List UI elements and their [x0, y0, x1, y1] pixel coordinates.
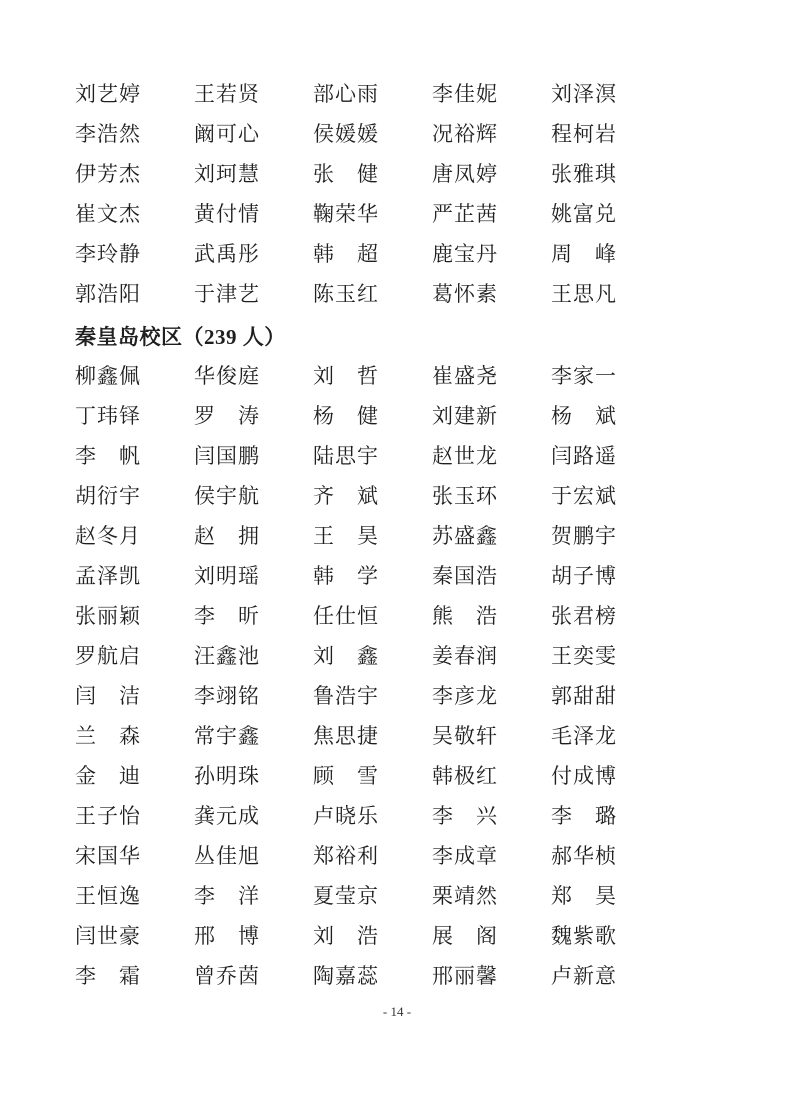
name-cell: 贺鹏宇 [551, 526, 670, 548]
name-cell: 陈玉红 [313, 284, 432, 306]
name-cell: 韩极红 [432, 766, 551, 788]
name-cell: 罗航启 [75, 646, 194, 668]
person-name: 伊芳杰 [75, 164, 140, 185]
name-row: 闫洁李翊铭鲁浩宇李彦龙郭甜甜 [75, 677, 794, 717]
name-cell: 周峰 [551, 244, 670, 266]
person-name: 付成博 [551, 766, 616, 787]
document-page: 刘艺婷王若贤部心雨李佳妮刘泽溟李浩然阚可心侯媛媛况裕辉程柯岩伊芳杰刘珂慧张健唐凤… [0, 0, 794, 1093]
name-cell: 姚富兑 [551, 204, 670, 226]
name-cell: 李昕 [194, 606, 313, 628]
person-name: 崔文杰 [75, 204, 140, 225]
name-cell: 栗靖然 [432, 886, 551, 908]
name-row: 金迪孙明珠顾雪韩极红付成博 [75, 757, 794, 797]
person-name: 展阁 [432, 926, 497, 947]
name-cell: 张健 [313, 164, 432, 186]
name-cell: 孟泽凯 [75, 566, 194, 588]
person-name: 李玲静 [75, 244, 140, 265]
person-name: 李翊铭 [194, 686, 259, 707]
name-cell: 闫国鹏 [194, 446, 313, 468]
name-cell: 张雅琪 [551, 164, 670, 186]
person-name: 张健 [313, 164, 378, 185]
person-name: 张丽颖 [75, 606, 140, 627]
person-name: 魏紫歌 [551, 926, 616, 947]
name-cell: 邢丽馨 [432, 966, 551, 988]
name-cell: 严芷茜 [432, 204, 551, 226]
person-name: 刘珂慧 [194, 164, 259, 185]
person-name: 刘艺婷 [75, 84, 140, 105]
name-row: 刘艺婷王若贤部心雨李佳妮刘泽溟 [75, 75, 794, 115]
person-name: 于宏斌 [551, 486, 616, 507]
person-name: 罗涛 [194, 406, 259, 427]
person-name: 侯宇航 [194, 486, 259, 507]
person-name: 赵拥 [194, 526, 259, 547]
person-name: 张君榜 [551, 606, 616, 627]
name-cell: 闫世豪 [75, 926, 194, 948]
name-cell: 刘鑫 [313, 646, 432, 668]
name-cell: 曾乔茵 [194, 966, 313, 988]
person-name: 汪鑫池 [194, 646, 259, 667]
person-name: 姜春润 [432, 646, 497, 667]
name-cell: 常宇鑫 [194, 726, 313, 748]
person-name: 毛泽龙 [551, 726, 616, 747]
name-cell: 王思凡 [551, 284, 670, 306]
person-name: 闫国鹏 [194, 446, 259, 467]
name-cell: 陶嘉蕊 [313, 966, 432, 988]
person-name: 曾乔茵 [194, 966, 259, 987]
name-cell: 吴敬轩 [432, 726, 551, 748]
person-name: 况裕辉 [432, 124, 497, 145]
person-name: 吴敬轩 [432, 726, 497, 747]
person-name: 王若贤 [194, 84, 259, 105]
name-cell: 孙明珠 [194, 766, 313, 788]
name-row: 李玲静武禹彤韩超鹿宝丹周峰 [75, 235, 794, 275]
name-cell: 兰森 [75, 726, 194, 748]
person-name: 熊浩 [432, 606, 497, 627]
name-cell: 刘泽溟 [551, 84, 670, 106]
name-row: 李霜曾乔茵陶嘉蕊邢丽馨卢新意 [75, 957, 794, 997]
name-cell: 部心雨 [313, 84, 432, 106]
person-name: 崔盛尧 [432, 366, 497, 387]
name-cell: 崔盛尧 [432, 366, 551, 388]
name-cell: 刘明瑶 [194, 566, 313, 588]
person-name: 常宇鑫 [194, 726, 259, 747]
name-cell: 李帆 [75, 446, 194, 468]
person-name: 贺鹏宇 [551, 526, 616, 547]
name-cell: 赵拥 [194, 526, 313, 548]
person-name: 李帆 [75, 446, 140, 467]
person-name: 王奕雯 [551, 646, 616, 667]
person-name: 李成章 [432, 846, 497, 867]
section-heading: 秦皇岛校区（239 人） [75, 315, 794, 357]
name-cell: 胡衍宇 [75, 486, 194, 508]
name-cell: 顾雪 [313, 766, 432, 788]
person-name: 夏莹京 [313, 886, 378, 907]
person-name: 刘明瑶 [194, 566, 259, 587]
name-cell: 熊浩 [432, 606, 551, 628]
person-name: 杨斌 [551, 406, 616, 427]
name-cell: 丁玮铎 [75, 406, 194, 428]
name-cell: 任仕恒 [313, 606, 432, 628]
name-cell: 李家一 [551, 366, 670, 388]
person-name: 李佳妮 [432, 84, 497, 105]
name-cell: 伊芳杰 [75, 164, 194, 186]
person-name: 李洋 [194, 886, 259, 907]
person-name: 鲁浩宇 [313, 686, 378, 707]
person-name: 闫洁 [75, 686, 140, 707]
person-name: 任仕恒 [313, 606, 378, 627]
name-cell: 于津艺 [194, 284, 313, 306]
name-cell: 韩超 [313, 244, 432, 266]
name-row: 柳鑫佩华俊庭刘哲崔盛尧李家一 [75, 357, 794, 397]
name-cell: 姜春润 [432, 646, 551, 668]
name-cell: 王奕雯 [551, 646, 670, 668]
name-cell: 陆思宇 [313, 446, 432, 468]
person-name: 龚元成 [194, 806, 259, 827]
person-name: 杨健 [313, 406, 378, 427]
name-cell: 魏紫歌 [551, 926, 670, 948]
name-cell: 鹿宝丹 [432, 244, 551, 266]
name-row: 李浩然阚可心侯媛媛况裕辉程柯岩 [75, 115, 794, 155]
name-row: 孟泽凯刘明瑶韩学秦国浩胡子博 [75, 557, 794, 597]
name-cell: 苏盛鑫 [432, 526, 551, 548]
name-cell: 丛佳旭 [194, 846, 313, 868]
person-name: 邢丽馨 [432, 966, 497, 987]
name-cell: 金迪 [75, 766, 194, 788]
name-cell: 李霜 [75, 966, 194, 988]
name-row: 宋国华丛佳旭郑裕利李成章郝华桢 [75, 837, 794, 877]
name-cell: 杨斌 [551, 406, 670, 428]
person-name: 柳鑫佩 [75, 366, 140, 387]
name-cell: 韩学 [313, 566, 432, 588]
name-cell: 闫洁 [75, 686, 194, 708]
person-name: 李璐 [551, 806, 616, 827]
person-name: 王子怡 [75, 806, 140, 827]
person-name: 栗靖然 [432, 886, 497, 907]
name-row: 丁玮铎罗涛杨健刘建新杨斌 [75, 397, 794, 437]
person-name: 部心雨 [313, 84, 378, 105]
name-cell: 龚元成 [194, 806, 313, 828]
name-cell: 武禹彤 [194, 244, 313, 266]
name-cell: 张丽颖 [75, 606, 194, 628]
name-cell: 李玲静 [75, 244, 194, 266]
person-name: 陈玉红 [313, 284, 378, 305]
person-name: 刘泽溟 [551, 84, 616, 105]
name-row: 张丽颖李昕任仕恒熊浩张君榜 [75, 597, 794, 637]
name-cell: 李翊铭 [194, 686, 313, 708]
person-name: 卢新意 [551, 966, 616, 987]
name-cell: 葛怀素 [432, 284, 551, 306]
name-row: 兰森常宇鑫焦思捷吴敬轩毛泽龙 [75, 717, 794, 757]
person-name: 鞠荣华 [313, 204, 378, 225]
person-name: 罗航启 [75, 646, 140, 667]
name-cell: 李洋 [194, 886, 313, 908]
person-name: 姚富兑 [551, 204, 616, 225]
name-cell: 付成博 [551, 766, 670, 788]
name-cell: 宋国华 [75, 846, 194, 868]
person-name: 刘建新 [432, 406, 497, 427]
person-name: 李兴 [432, 806, 497, 827]
name-cell: 阚可心 [194, 124, 313, 146]
person-name: 李浩然 [75, 124, 140, 145]
person-name: 陶嘉蕊 [313, 966, 378, 987]
person-name: 秦国浩 [432, 566, 497, 587]
person-name: 侯媛媛 [313, 124, 378, 145]
person-name: 华俊庭 [194, 366, 259, 387]
name-cell: 郑昊 [551, 886, 670, 908]
name-cell: 郝华桢 [551, 846, 670, 868]
name-cell: 程柯岩 [551, 124, 670, 146]
name-cell: 胡子博 [551, 566, 670, 588]
name-row: 王恒逸李洋夏莹京栗靖然郑昊 [75, 877, 794, 917]
person-name: 孙明珠 [194, 766, 259, 787]
name-cell: 鲁浩宇 [313, 686, 432, 708]
name-cell: 唐凤婷 [432, 164, 551, 186]
name-cell: 张玉环 [432, 486, 551, 508]
person-name: 郭浩阳 [75, 284, 140, 305]
person-name: 李霜 [75, 966, 140, 987]
person-name: 葛怀素 [432, 284, 497, 305]
person-name: 韩超 [313, 244, 378, 265]
person-name: 王昊 [313, 526, 378, 547]
person-name: 刘鑫 [313, 646, 378, 667]
name-cell: 刘建新 [432, 406, 551, 428]
name-cell: 焦思捷 [313, 726, 432, 748]
person-name: 郑昊 [551, 886, 616, 907]
name-cell: 黄付情 [194, 204, 313, 226]
person-name: 卢晓乐 [313, 806, 378, 827]
name-cell: 毛泽龙 [551, 726, 670, 748]
name-cell: 王子怡 [75, 806, 194, 828]
name-cell: 李彦龙 [432, 686, 551, 708]
name-cell: 王昊 [313, 526, 432, 548]
person-name: 胡衍宇 [75, 486, 140, 507]
name-row: 崔文杰黄付情鞠荣华严芷茜姚富兑 [75, 195, 794, 235]
person-name: 顾雪 [313, 766, 378, 787]
name-cell: 汪鑫池 [194, 646, 313, 668]
name-cell: 侯媛媛 [313, 124, 432, 146]
name-row: 赵冬月赵拥王昊苏盛鑫贺鹏宇 [75, 517, 794, 557]
person-name: 刘哲 [313, 366, 378, 387]
person-name: 阚可心 [194, 124, 259, 145]
person-name: 兰森 [75, 726, 140, 747]
name-cell: 李成章 [432, 846, 551, 868]
person-name: 赵世龙 [432, 446, 497, 467]
person-name: 邢博 [194, 926, 259, 947]
person-name: 苏盛鑫 [432, 526, 497, 547]
name-cell: 华俊庭 [194, 366, 313, 388]
name-cell: 李佳妮 [432, 84, 551, 106]
person-name: 李昕 [194, 606, 259, 627]
name-cell: 张君榜 [551, 606, 670, 628]
name-cell: 夏莹京 [313, 886, 432, 908]
name-cell: 李兴 [432, 806, 551, 828]
person-name: 周峰 [551, 244, 616, 265]
name-cell: 齐斌 [313, 486, 432, 508]
person-name: 齐斌 [313, 486, 378, 507]
name-cell: 刘艺婷 [75, 84, 194, 106]
name-row: 王子怡龚元成卢晓乐李兴李璐 [75, 797, 794, 837]
person-name: 焦思捷 [313, 726, 378, 747]
person-name: 赵冬月 [75, 526, 140, 547]
name-cell: 于宏斌 [551, 486, 670, 508]
name-cell: 李浩然 [75, 124, 194, 146]
name-cell: 王恒逸 [75, 886, 194, 908]
person-name: 宋国华 [75, 846, 140, 867]
name-cell: 邢博 [194, 926, 313, 948]
name-cell: 郭甜甜 [551, 686, 670, 708]
person-name: 陆思宇 [313, 446, 378, 467]
name-cell: 柳鑫佩 [75, 366, 194, 388]
name-cell: 侯宇航 [194, 486, 313, 508]
person-name: 郑裕利 [313, 846, 378, 867]
name-cell: 郑裕利 [313, 846, 432, 868]
person-name: 武禹彤 [194, 244, 259, 265]
person-name: 闫路遥 [551, 446, 616, 467]
person-name: 王思凡 [551, 284, 616, 305]
name-cell: 王若贤 [194, 84, 313, 106]
page-number: - 14 - [0, 1004, 794, 1020]
name-cell: 李璐 [551, 806, 670, 828]
person-name: 刘浩 [313, 926, 378, 947]
name-row: 胡衍宇侯宇航齐斌张玉环于宏斌 [75, 477, 794, 517]
person-name: 闫世豪 [75, 926, 140, 947]
name-cell: 闫路遥 [551, 446, 670, 468]
person-name: 郝华桢 [551, 846, 616, 867]
name-cell: 刘哲 [313, 366, 432, 388]
name-cell: 刘浩 [313, 926, 432, 948]
person-name: 丁玮铎 [75, 406, 140, 427]
person-name: 鹿宝丹 [432, 244, 497, 265]
name-cell: 罗涛 [194, 406, 313, 428]
person-name: 黄付情 [194, 204, 259, 225]
name-cell: 赵冬月 [75, 526, 194, 548]
person-name: 张玉环 [432, 486, 497, 507]
name-list: 刘艺婷王若贤部心雨李佳妮刘泽溟李浩然阚可心侯媛媛况裕辉程柯岩伊芳杰刘珂慧张健唐凤… [75, 75, 794, 997]
person-name: 金迪 [75, 766, 140, 787]
person-name: 程柯岩 [551, 124, 616, 145]
person-name: 郭甜甜 [551, 686, 616, 707]
name-cell: 况裕辉 [432, 124, 551, 146]
name-cell: 杨健 [313, 406, 432, 428]
person-name: 韩极红 [432, 766, 497, 787]
person-name: 唐凤婷 [432, 164, 497, 185]
person-name: 张雅琪 [551, 164, 616, 185]
name-cell: 郭浩阳 [75, 284, 194, 306]
name-cell: 卢新意 [551, 966, 670, 988]
person-name: 孟泽凯 [75, 566, 140, 587]
name-cell: 秦国浩 [432, 566, 551, 588]
name-cell: 崔文杰 [75, 204, 194, 226]
name-row: 伊芳杰刘珂慧张健唐凤婷张雅琪 [75, 155, 794, 195]
name-row: 闫世豪邢博刘浩展阁魏紫歌 [75, 917, 794, 957]
name-cell: 卢晓乐 [313, 806, 432, 828]
name-row: 李帆闫国鹏陆思宇赵世龙闫路遥 [75, 437, 794, 477]
person-name: 于津艺 [194, 284, 259, 305]
person-name: 韩学 [313, 566, 378, 587]
name-cell: 鞠荣华 [313, 204, 432, 226]
person-name: 严芷茜 [432, 204, 497, 225]
name-cell: 刘珂慧 [194, 164, 313, 186]
person-name: 胡子博 [551, 566, 616, 587]
person-name: 王恒逸 [75, 886, 140, 907]
person-name: 丛佳旭 [194, 846, 259, 867]
person-name: 李家一 [551, 366, 616, 387]
name-cell: 展阁 [432, 926, 551, 948]
name-cell: 赵世龙 [432, 446, 551, 468]
name-row: 罗航启汪鑫池刘鑫姜春润王奕雯 [75, 637, 794, 677]
name-row: 郭浩阳于津艺陈玉红葛怀素王思凡 [75, 275, 794, 315]
person-name: 李彦龙 [432, 686, 497, 707]
